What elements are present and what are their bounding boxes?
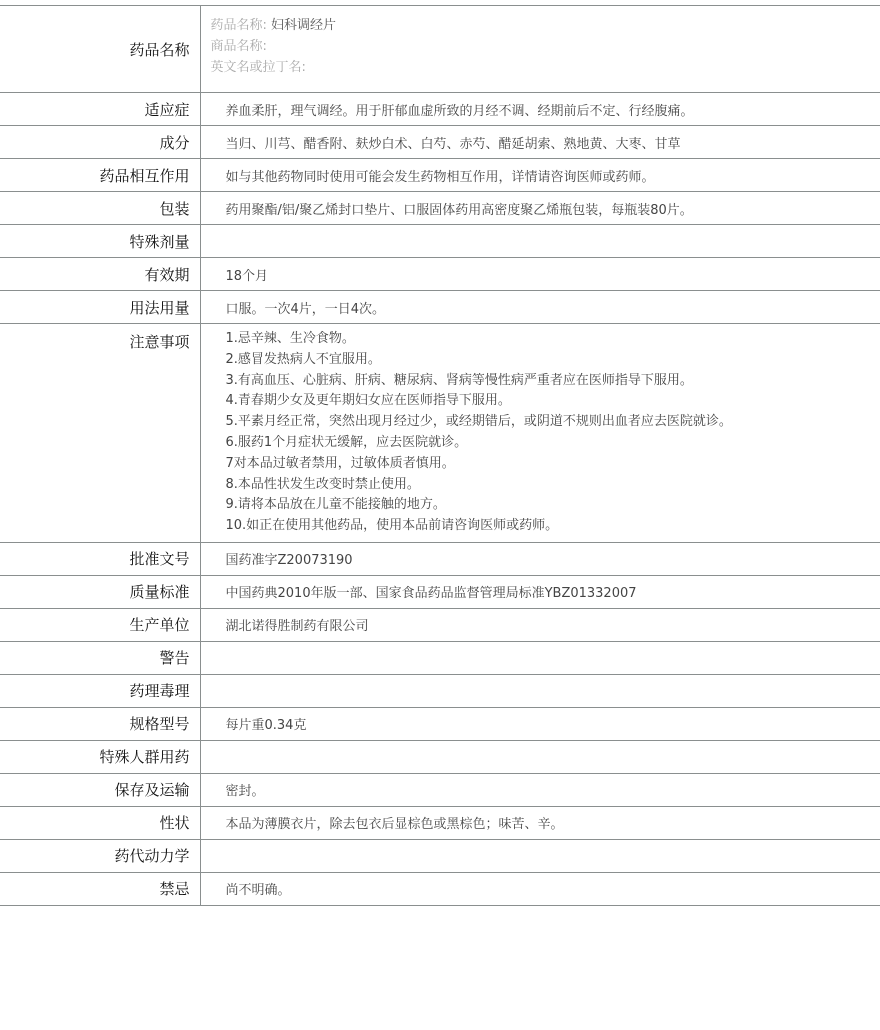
row-indications: 适应症 养血柔肝，理气调经。用于肝郁血虚所致的月经不调、经期前后不定、行经腹痛。 <box>0 93 880 126</box>
row-special-populations: 特殊人群用药 <box>0 740 880 773</box>
row-label: 警告 <box>0 641 200 674</box>
row-label: 特殊人群用药 <box>0 740 200 773</box>
precaution-item: 2.感冒发热病人不宜服用。 <box>226 350 880 371</box>
row-manufacturer: 生产单位 湖北诺得胜制药有限公司 <box>0 608 880 641</box>
row-value <box>200 674 880 707</box>
row-value: 国药准字Z20073190 <box>200 542 880 575</box>
row-value <box>200 225 880 258</box>
row-interactions: 药品相互作用 如与其他药物同时使用可能会发生药物相互作用，详情请咨询医师或药师。 <box>0 159 880 192</box>
row-label: 适应症 <box>0 93 200 126</box>
generic-name-key: 药品名称: <box>211 18 267 33</box>
row-specification: 规格型号 每片重0.34克 <box>0 707 880 740</box>
precaution-item: 7对本品过敏者禁用，过敏体质者慎用。 <box>226 454 880 475</box>
row-special-dosage: 特殊剂量 <box>0 225 880 258</box>
row-label: 注意事项 <box>0 324 200 543</box>
precaution-item: 10.如正在使用其他药品，使用本品前请咨询医师或药师。 <box>226 516 880 537</box>
row-label: 性状 <box>0 806 200 839</box>
row-warning: 警告 <box>0 641 880 674</box>
row-value: 尚不明确。 <box>200 872 880 905</box>
row-value: 如与其他药物同时使用可能会发生药物相互作用，详情请咨询医师或药师。 <box>200 159 880 192</box>
row-approval-number: 批准文号 国药准字Z20073190 <box>0 542 880 575</box>
row-value: 18个月 <box>200 258 880 291</box>
row-dosage: 用法用量 口服。一次4片，一日4次。 <box>0 291 880 324</box>
row-label: 规格型号 <box>0 707 200 740</box>
row-value: 当归、川芎、醋香附、麸炒白术、白芍、赤芍、醋延胡索、熟地黄、大枣、甘草 <box>200 126 880 159</box>
row-value: 湖北诺得胜制药有限公司 <box>200 608 880 641</box>
precaution-item: 1.忌辛辣、生冷食物。 <box>226 329 880 350</box>
precaution-item: 5.平素月经正常，突然出现月经过少，或经期错后，或阴道不规则出血者应去医院就诊。 <box>226 412 880 433</box>
row-value: 本品为薄膜衣片，除去包衣后显棕色或黑棕色；味苦、辛。 <box>200 806 880 839</box>
generic-name-value: 妇科调经片 <box>271 18 336 33</box>
row-label: 药品相互作用 <box>0 159 200 192</box>
row-label: 用法用量 <box>0 291 200 324</box>
row-label: 包装 <box>0 192 200 225</box>
row-drug-name: 药品名称 药品名称: 妇科调经片 商品名称: 英文名或拉丁名: <box>0 6 880 93</box>
row-precautions: 注意事项 1.忌辛辣、生冷食物。 2.感冒发热病人不宜服用。 3.有高血压、心脏… <box>0 324 880 543</box>
row-value: 养血柔肝，理气调经。用于肝郁血虚所致的月经不调、经期前后不定、行经腹痛。 <box>200 93 880 126</box>
row-storage: 保存及运输 密封。 <box>0 773 880 806</box>
row-label: 药品名称 <box>0 6 200 93</box>
precaution-item: 8.本品性状发生改变时禁止使用。 <box>226 475 880 496</box>
row-value: 药用聚酯/铝/聚乙烯封口垫片、口服固体药用高密度聚乙烯瓶包装，每瓶装80片。 <box>200 192 880 225</box>
row-contraindications: 禁忌 尚不明确。 <box>0 872 880 905</box>
row-value: 中国药典2010年版一部、国家食品药品监督管理局标准YBZ01332007 <box>200 575 880 608</box>
row-label: 药理毒理 <box>0 674 200 707</box>
row-label: 批准文号 <box>0 542 200 575</box>
row-value: 密封。 <box>200 773 880 806</box>
row-value: 药品名称: 妇科调经片 商品名称: 英文名或拉丁名: <box>200 6 880 93</box>
row-pharmacology: 药理毒理 <box>0 674 880 707</box>
precaution-item: 6.服药1个月症状无缓解，应去医院就诊。 <box>226 433 880 454</box>
precaution-item: 4.青春期少女及更年期妇女应在医师指导下服用。 <box>226 391 880 412</box>
row-value <box>200 740 880 773</box>
english-name-key: 英文名或拉丁名: <box>211 60 306 75</box>
row-shelf-life: 有效期 18个月 <box>0 258 880 291</box>
row-packaging: 包装 药用聚酯/铝/聚乙烯封口垫片、口服固体药用高密度聚乙烯瓶包装，每瓶装80片… <box>0 192 880 225</box>
row-label: 特殊剂量 <box>0 225 200 258</box>
precaution-item: 3.有高血压、心脏病、肝病、糖尿病、肾病等慢性病严重者应在医师指导下服用。 <box>226 371 880 392</box>
drug-spec-table: 药品名称 药品名称: 妇科调经片 商品名称: 英文名或拉丁名: 适应症 养血柔肝… <box>0 5 880 906</box>
row-label: 质量标准 <box>0 575 200 608</box>
precautions-list: 1.忌辛辣、生冷食物。 2.感冒发热病人不宜服用。 3.有高血压、心脏病、肝病、… <box>200 324 880 543</box>
row-label: 生产单位 <box>0 608 200 641</box>
generic-name-line: 药品名称: 妇科调经片 <box>211 15 880 36</box>
row-description: 性状 本品为薄膜衣片，除去包衣后显棕色或黑棕色；味苦、辛。 <box>0 806 880 839</box>
row-label: 有效期 <box>0 258 200 291</box>
row-ingredients: 成分 当归、川芎、醋香附、麸炒白术、白芍、赤芍、醋延胡索、熟地黄、大枣、甘草 <box>0 126 880 159</box>
precaution-item: 9.请将本品放在儿童不能接触的地方。 <box>226 495 880 516</box>
trade-name-key: 商品名称: <box>211 39 267 54</box>
row-pharmacokinetics: 药代动力学 <box>0 839 880 872</box>
row-label: 保存及运输 <box>0 773 200 806</box>
row-value: 口服。一次4片，一日4次。 <box>200 291 880 324</box>
row-label: 成分 <box>0 126 200 159</box>
row-label: 药代动力学 <box>0 839 200 872</box>
row-quality-standard: 质量标准 中国药典2010年版一部、国家食品药品监督管理局标准YBZ013320… <box>0 575 880 608</box>
row-value: 每片重0.34克 <box>200 707 880 740</box>
row-label: 禁忌 <box>0 872 200 905</box>
english-name-line: 英文名或拉丁名: <box>211 57 880 78</box>
row-value <box>200 839 880 872</box>
row-value <box>200 641 880 674</box>
trade-name-line: 商品名称: <box>211 36 880 57</box>
